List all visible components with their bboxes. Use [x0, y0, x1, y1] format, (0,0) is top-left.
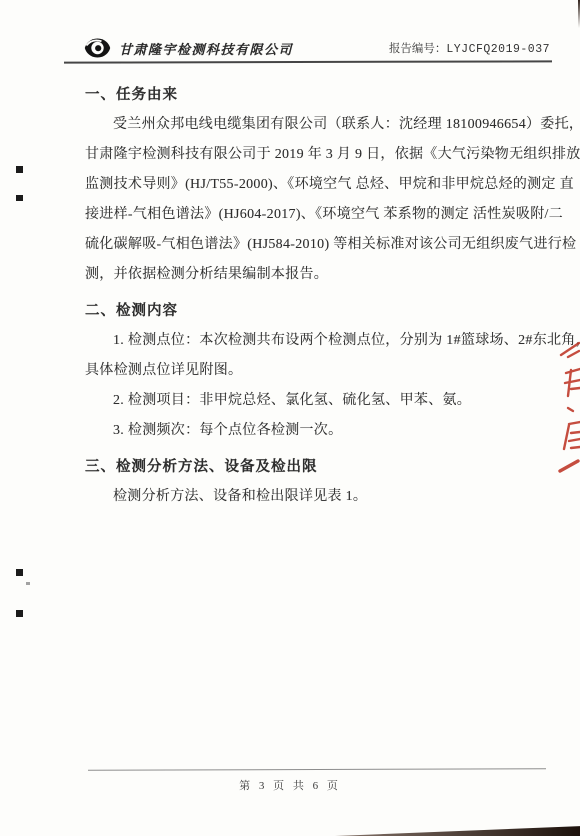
company-brand: 甘肃隆宇检测科技有限公司: [84, 38, 293, 58]
scan-artifact-mark: [16, 166, 23, 173]
scan-artifact-mark: [26, 582, 30, 585]
scan-edge-shadow-bottom: [335, 825, 580, 836]
report-header: 甘肃隆宇检测科技有限公司 报告编号：LYJCFQ2019-037: [84, 36, 550, 60]
body-line: 硫化碳解吸-气相色谱法》(HJ584-2010) 等相关标准对该公司无组织废气进…: [85, 230, 552, 260]
red-seal-fragment: [556, 336, 580, 478]
body-line: 检测分析方法、设备和检出限详见表 1。: [85, 482, 552, 512]
body-line: 1. 检测点位：本次检测共布设两个检测点位，分别为 1#篮球场、2#东北角，: [85, 326, 552, 356]
section-heading-test-content: 二、检测内容: [85, 296, 552, 326]
page-number: 第 3 页 共 6 页: [0, 777, 580, 793]
company-eye-logo-icon: [84, 38, 111, 58]
body-line: 3. 检测频次：每个点位各检测一次。: [85, 416, 552, 446]
report-number-value: LYJCFQ2019-037: [446, 43, 550, 56]
body-line: 监测技术导则》(HJ/T55-2000)、《环境空气 总烃、甲烷和非甲烷总烃的测…: [85, 170, 552, 200]
scan-artifact-mark: [16, 610, 23, 617]
report-number-label: 报告编号：: [389, 43, 447, 55]
section-heading-task-origin: 一、任务由来: [85, 80, 552, 110]
header-rule: [64, 60, 552, 63]
section-heading-methods-limits: 三、检测分析方法、设备及检出限: [85, 452, 552, 482]
body-line: 受兰州众邦电线电缆集团有限公司（联系人：沈经理 18100946654）委托，: [85, 110, 552, 140]
body-line: 甘肃隆宇检测科技有限公司于 2019 年 3 月 9 日，依据《大气污染物无组织…: [85, 140, 552, 170]
scan-artifact-mark: [16, 195, 23, 201]
body-line: 接进样-气相色谱法》(HJ604-2017)、《环境空气 苯系物的测定 活性炭吸…: [85, 200, 552, 230]
report-body: 一、任务由来 受兰州众邦电线电缆集团有限公司（联系人：沈经理 181009466…: [85, 80, 552, 512]
scanned-report-page: 甘肃隆宇检测科技有限公司 报告编号：LYJCFQ2019-037 一、任务由来 …: [0, 0, 580, 836]
body-line: 测，并依据检测分析结果编制本报告。: [85, 260, 552, 290]
body-line: 具体检测点位详见附图。: [85, 356, 552, 386]
report-number: 报告编号：LYJCFQ2019-037: [389, 40, 550, 56]
footer-rule: [88, 768, 546, 771]
scan-artifact-mark: [16, 569, 23, 576]
company-name: 甘肃隆宇检测科技有限公司: [119, 39, 293, 58]
body-line: 2. 检测项目：非甲烷总烃、氯化氢、硫化氢、甲苯、氨。: [85, 386, 552, 416]
